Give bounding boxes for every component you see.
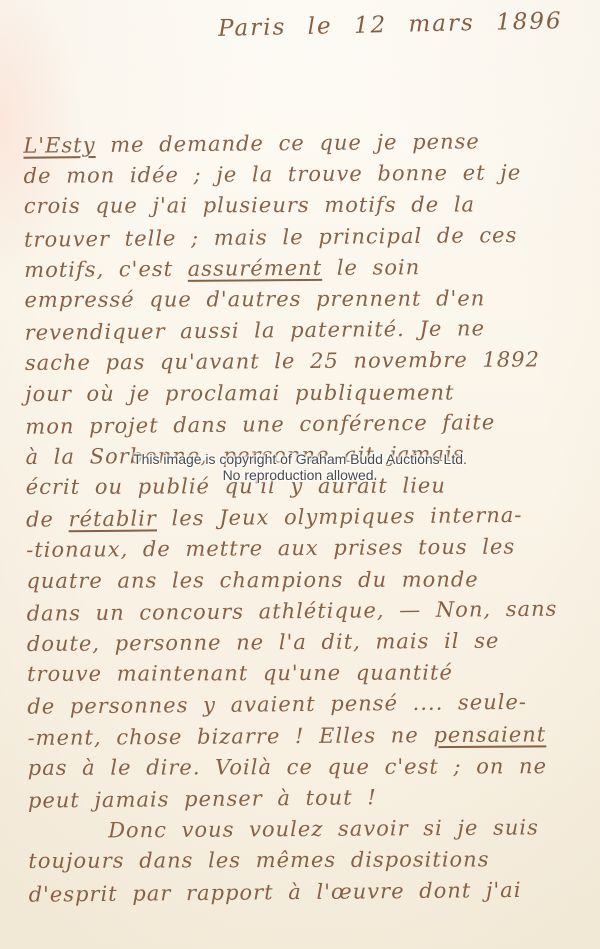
letter-line: -ment, chose bizarre ! Elles ne pensaien… [27,719,587,754]
letter-line: revendiquer aussi la paternité. Je ne [25,312,585,349]
letter-line-text: jour où je proclamai publiquement [25,380,454,405]
letter-line-text: de [26,508,69,532]
letter-line-text: motifs, c'est [24,257,188,282]
letter-line-text: d'esprit par rapport à l'œuvre dont j'ai [29,877,522,906]
letter-line: de rétablir les Jeux olympiques interna- [26,500,586,537]
letter-line-text: les Jeux olympiques interna- [157,503,523,531]
watermark-line-2: No reproduction allowed. [0,468,600,484]
letter-line-text: revendiquer aussi la paternité. Je ne [25,316,485,344]
underlined-word: L'Esty [23,133,95,158]
letter-line-text: -tionaux, de mettre aux prises tous les [26,535,515,562]
letter-line: mon projet dans une conférence faite [25,406,585,443]
letter-line: trouver telle ; mais le principal de ces [24,219,584,256]
letter-line-text: le soin [322,255,420,280]
letter-body: L'Esty me demande ce que je pensede mon … [23,126,588,910]
letter-line: quatre ans les champions du monde [26,564,586,597]
letter-line: motifs, c'est assurément le soin [24,251,584,286]
letter-line: Donc vous voulez savoir si je suis [28,812,588,847]
letter-line-text: Donc vous voulez savoir si je suis [108,816,539,843]
letter-line-text: quatre ans les champions du monde [26,567,478,593]
letter-line-text: dans un concours athlétique, — Non, sans [27,596,558,625]
letter-line-text: toujours dans les mêmes dispositions [28,848,489,874]
letter-line-text: me demande ce que je pense [95,129,479,157]
handwritten-letter-photo: Paris le 12 mars 1896 L'Esty me demande … [0,0,600,949]
letter-line-text: de mon idée ; je la trouve bonne et je [24,161,522,188]
letter-line-text: mon projet dans une conférence faite [25,410,495,439]
letter-dateline: Paris le 12 mars 1896 [218,8,563,42]
letter-line-text: trouve maintenant qu'une quantité [27,661,453,686]
underlined-word: rétablir [68,507,157,532]
letter-line: -tionaux, de mettre aux prises tous les [26,531,586,566]
letter-line: L'Esty me demande ce que je pense [23,125,583,162]
letter-line: doute, personne ne l'a dit, mais il se [27,625,587,660]
letter-line-text: crois que j'ai plusieurs motifs de la [24,193,475,219]
letter-line-text: empressé que d'autres prennent d'en [24,286,485,312]
letter-line: empressé que d'autres prennent d'en [24,283,584,316]
letter-line-text: sache pas qu'avant le 25 novembre 1892 [25,348,540,376]
letter-line: sache pas qu'avant le 25 novembre 1892 [25,344,585,379]
letter-line: peut jamais penser à tout ! [28,780,588,817]
letter-line: jour où je proclamai publiquement [25,377,585,410]
letter-line: de mon idée ; je la trouve bonne et je [24,157,584,192]
letter-line-text: peut jamais penser à tout ! [28,785,377,812]
letter-line: d'esprit par rapport à l'œuvre dont j'ai [28,874,588,911]
letter-line-text: de personnes y avaient pensé .... seule- [27,690,527,719]
letter-line-text: pas à le dire. Voilà ce que c'est ; on n… [28,754,547,780]
letter-line: crois que j'ai plusieurs motifs de la [24,189,584,222]
letter-line-text: doute, personne ne l'a dit, mais il se [27,629,500,656]
letter-line: toujours dans les mêmes dispositions [28,844,588,877]
letter-line: dans un concours athlétique, — Non, sans [27,593,587,630]
letter-line-text: -ment, chose bizarre ! Elles ne [27,723,433,750]
letter-line: trouve maintenant qu'une quantité [27,657,587,690]
watermark-line-1: This image is copyright of Graham Budd A… [0,452,600,468]
letter-line: de personnes y avaient pensé .... seule- [27,687,587,724]
letter-line: pas à le dire. Voilà ce que c'est ; on n… [28,751,588,784]
underlined-word: assurément [188,256,323,281]
copyright-watermark: This image is copyright of Graham Budd A… [0,452,600,483]
letter-line-text: trouver telle ; mais le principal de ces [24,223,518,252]
underlined-word: pensaient [433,722,546,747]
